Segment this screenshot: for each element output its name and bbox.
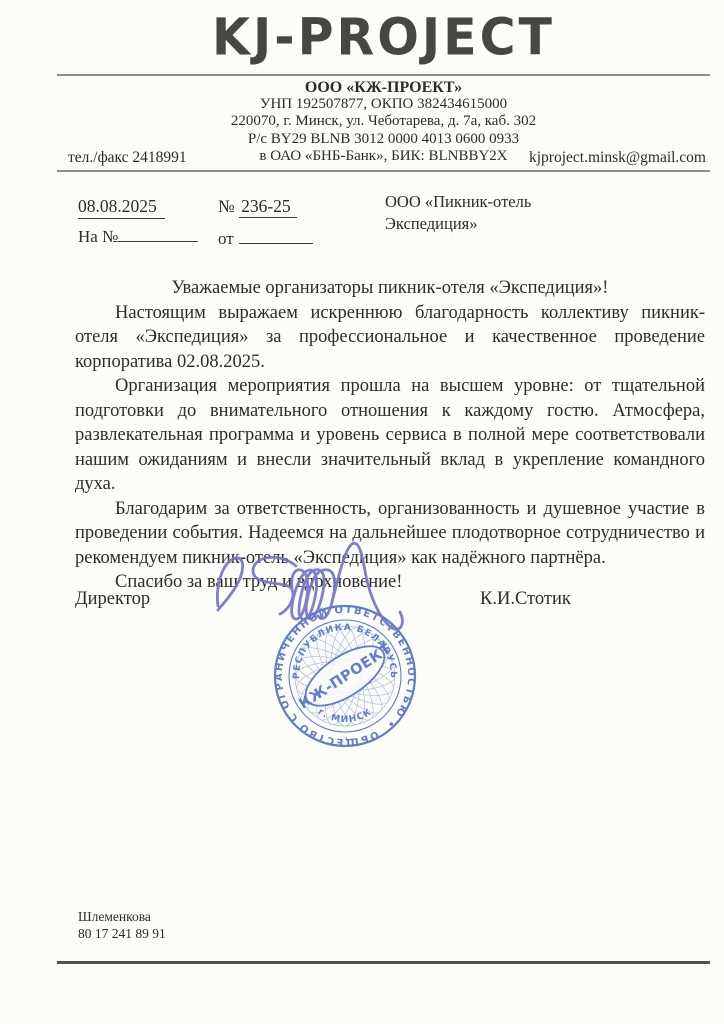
- letter-date: 08.08.2025: [78, 196, 165, 219]
- body-paragraph: Настоящим выражаем искреннюю благодарнос…: [75, 301, 705, 375]
- recipient-line: ООО «Пикник-отель: [385, 191, 531, 213]
- blank-line: [118, 227, 198, 242]
- salutation: Уважаемые организаторы пикник-отеля «Экс…: [75, 276, 705, 301]
- company-detail-line: Р/с BY29 BLNB 3012 0000 4013 0600 0933: [57, 131, 710, 148]
- phone-fax-line: тел./факс 2418991: [68, 149, 187, 167]
- blank-line: [239, 229, 313, 244]
- scanned-letter-page: KJ-PROJECT ООО «КЖ-ПРОЕКТ» УНП 192507877…: [0, 0, 724, 1024]
- scan-edge-line: [57, 961, 710, 964]
- signature-stroke: [332, 543, 402, 629]
- body-paragraph: Организация мероприятия прошла на высшем…: [75, 374, 705, 497]
- from-label-text: от: [218, 229, 234, 248]
- incoming-date-label: от: [218, 229, 313, 249]
- director-title: Директор: [75, 589, 150, 610]
- signature-stroke: [292, 570, 335, 620]
- company-detail-line: 220070, г. Минск, ул. Чеботарева, д. 7а,…: [57, 113, 710, 130]
- letter-number: № 236-25: [218, 196, 297, 217]
- executor-name: Шлеменкова: [78, 908, 166, 925]
- company-name: ООО «КЖ-ПРОЕКТ»: [57, 79, 710, 96]
- letter-number-value: 236-25: [239, 196, 297, 218]
- letterhead-divider-bottom: [57, 170, 710, 172]
- stamp-city-text: г. МИНСК: [316, 707, 374, 725]
- company-logo-text: KJ-PROJECT: [57, 11, 710, 65]
- executor-block: Шлеменкова 80 17 241 89 91: [78, 908, 166, 942]
- company-detail-line: УНП 192507877, ОКПО 382434615000: [57, 96, 710, 113]
- signature-scribble: [200, 528, 420, 648]
- recipient-address: ООО «Пикник-отель Экспедиция»: [385, 191, 531, 235]
- executor-phone: 80 17 241 89 91: [78, 925, 166, 942]
- signature-stroke: [217, 558, 242, 610]
- email-address: kjproject.minsk@gmail.com: [529, 149, 706, 167]
- number-sign: №: [218, 196, 235, 216]
- svg-text:г. МИНСК: г. МИНСК: [316, 707, 374, 725]
- recipient-line: Экспедиция»: [385, 213, 531, 235]
- incoming-ref-label: На №: [78, 227, 198, 247]
- incoming-ref-text: На №: [78, 227, 118, 246]
- signature-stroke: [253, 557, 296, 614]
- letterhead-divider-top: [57, 74, 710, 76]
- director-name: К.И.Стотик: [480, 589, 571, 610]
